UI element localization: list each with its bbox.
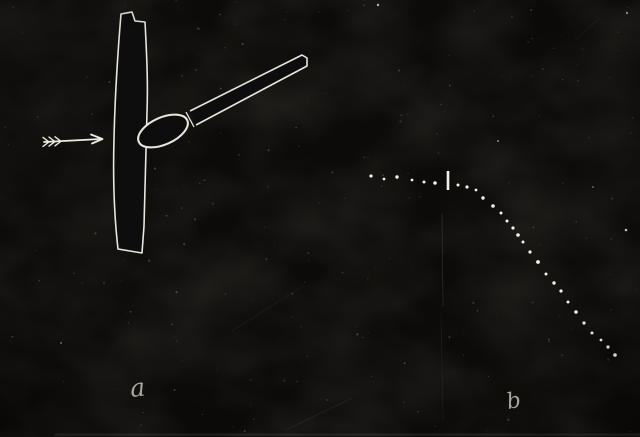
plate-vignette (0, 0, 640, 437)
plate-figure-svg: a b (0, 0, 640, 437)
photographic-plate: a b (0, 0, 640, 437)
